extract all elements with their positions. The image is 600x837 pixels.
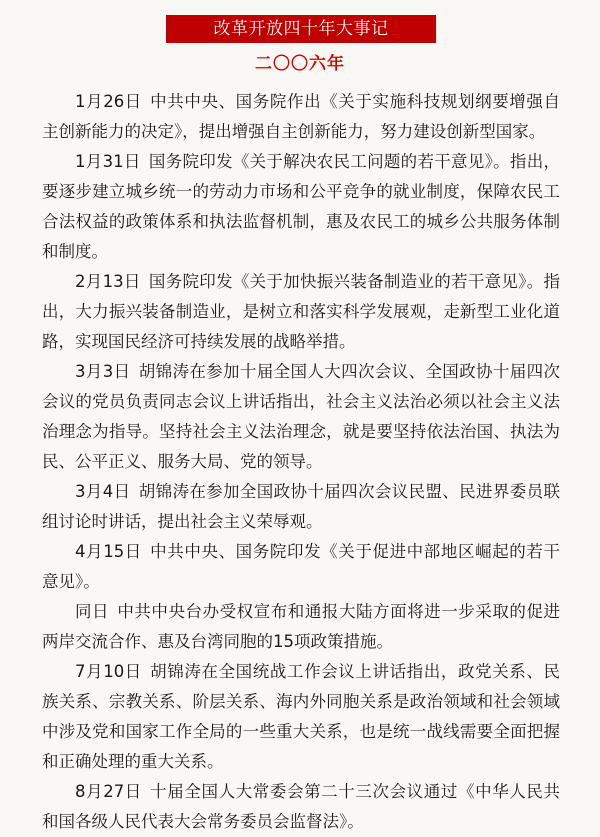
event-date: 4月15日 (75, 542, 142, 561)
document-title-banner: 改革开放四十年大事记 (166, 15, 436, 43)
event-entry: 同日中共中央台办受权宣布和通报大陆方面将进一步采取的促进两岸交流合作、惠及台湾同… (42, 597, 560, 657)
event-date: 8月27日 (75, 782, 142, 801)
event-date: 3月3日 (75, 362, 130, 381)
event-date: 同日 (75, 602, 109, 621)
event-entry: 7月10日胡锦涛在全国统战工作会议上讲话指出，政党关系、民族关系、宗教关系、阶层… (42, 657, 560, 777)
event-entry: 1月26日中共中央、国务院作出《关于实施科技规划纲要增强自主创新能力的决定》，提… (42, 87, 560, 147)
event-date: 7月10日 (75, 662, 142, 681)
year-heading: 二〇〇六年 (0, 52, 600, 76)
events-list: 1月26日中共中央、国务院作出《关于实施科技规划纲要增强自主创新能力的决定》，提… (42, 87, 560, 837)
event-entry: 8月27日十届全国人大常委会第二十三次会议通过《中华人民共和国各级人民代表大会常… (42, 777, 560, 837)
document-title: 改革开放四十年大事记 (214, 19, 389, 39)
event-date: 3月4日 (75, 482, 130, 501)
event-date: 1月31日 (75, 152, 141, 171)
event-date: 2月13日 (75, 272, 141, 291)
event-entry: 4月15日中共中央、国务院印发《关于促进中部地区崛起的若干意见》。 (42, 537, 560, 597)
event-date: 1月26日 (75, 92, 142, 111)
event-entry: 2月13日国务院印发《关于加快振兴装备制造业的若干意见》。指出，大力振兴装备制造… (42, 267, 560, 357)
event-entry: 1月31日国务院印发《关于解决农民工问题的若干意见》。指出，要逐步建立城乡统一的… (42, 147, 560, 267)
event-text: 中共中央台办受权宣布和通报大陆方面将进一步采取的促进两岸交流合作、惠及台湾同胞的… (42, 602, 560, 651)
event-entry: 3月3日胡锦涛在参加十届全国人大四次会议、全国政协十届四次会议的党员负责同志会议… (42, 357, 560, 477)
event-entry: 3月4日胡锦涛在参加全国政协十届四次会议民盟、民进界委员联组讨论时讲话，提出社会… (42, 477, 560, 537)
